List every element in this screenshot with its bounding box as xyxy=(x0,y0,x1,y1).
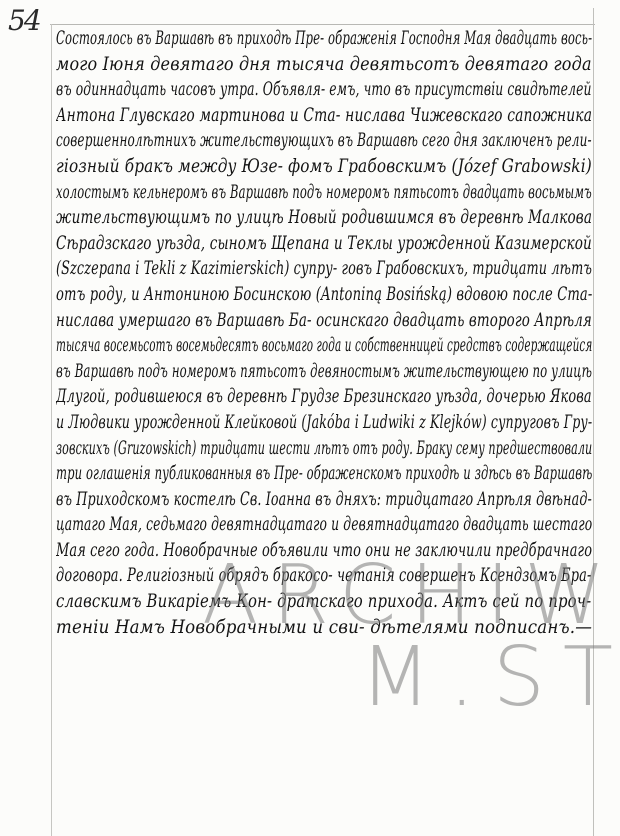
record-line: (Szczepana i Tekli z Kazimierskich) супр… xyxy=(56,256,592,282)
record-line: въ Варшавѣ подъ номеромъ пятьсотъ девяно… xyxy=(56,359,592,385)
page-frame-top-rule xyxy=(50,24,595,25)
record-line: въ Приходскомъ костелѣ Св. Іоанна въ дня… xyxy=(56,487,592,513)
record-line: отъ роду, и Антониною Босинскою (Antonin… xyxy=(56,282,592,308)
record-line: и Людвики урожденной Клейковой (Jakóba i… xyxy=(56,410,592,436)
record-line: договора. Религіозный обрядъ бракосо- че… xyxy=(56,563,592,589)
record-line: Мая сего года. Новобрачные объявили что … xyxy=(56,538,592,564)
record-line: теніи Намъ Новобрачными и сви- дѣтелями … xyxy=(56,615,592,641)
record-line: Длугой, родившеюся въ деревнѣ Грудзе Бре… xyxy=(56,384,592,410)
record-line: славскимъ Викаріемъ Кон- дратскаго прихо… xyxy=(56,589,592,615)
record-line: три оглашенія публикованныя въ Пре- обра… xyxy=(56,461,592,487)
record-line: Сѣрадзскаго уѣзда, сыномъ Щепана и Теклы… xyxy=(56,231,592,257)
record-line: цатаго Мая, седьмаго девятнадцатаго и де… xyxy=(56,512,592,538)
record-line: зовскихъ (Gruzowskich) тридцати шести лѣ… xyxy=(56,436,592,462)
page-number: 54 xyxy=(8,4,40,37)
document-page: 54 Состоялось въ Варшавѣ въ приходѣ Пре-… xyxy=(0,0,620,836)
handwritten-record-text: Состоялось въ Варшавѣ въ приходѣ Пре- об… xyxy=(56,26,596,640)
record-line: Антона Глувскаго мартинова и Ста- нислав… xyxy=(56,103,592,129)
record-line: гіозный бракъ между Юзе- фомъ Грабовским… xyxy=(56,154,592,180)
record-line: тысяча восемьсотъ восемьдесятъ восьмаго … xyxy=(56,333,592,359)
archive-watermark-line-2: M.ST. xyxy=(360,630,620,725)
record-line: мого Іюня девятаго дня тысяча девятьсотъ… xyxy=(56,52,592,78)
record-line: нислава умершаго въ Варшавѣ Ба- осинскаг… xyxy=(56,308,592,334)
page-frame-left-rule xyxy=(51,24,52,836)
record-line: холостымъ кельнеромъ въ Варшавѣ подъ ном… xyxy=(56,180,592,206)
record-line: Состоялось въ Варшавѣ въ приходѣ Пре- об… xyxy=(56,26,592,52)
record-line: совершеннолѣтнихъ жительствующихъ въ Вар… xyxy=(56,128,592,154)
record-line: въ одиннадцать часовъ утра. Объявля- емъ… xyxy=(56,77,592,103)
record-line: жительствующимъ по улицѣ Новый родившимс… xyxy=(56,205,592,231)
